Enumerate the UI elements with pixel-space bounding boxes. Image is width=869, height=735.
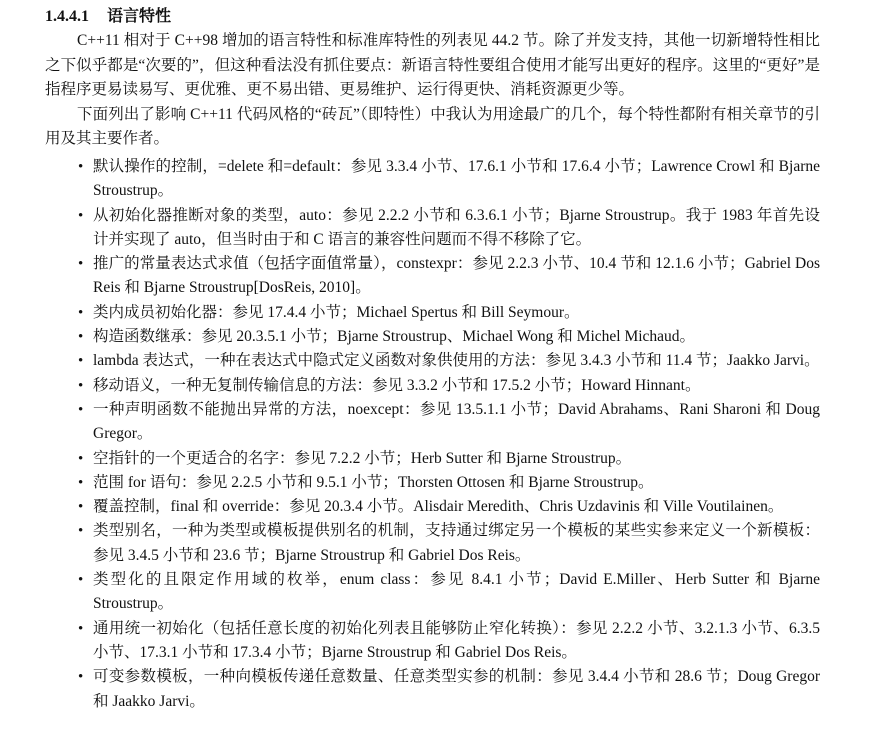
list-item-text: 推广的常量表达式求值（包括字面值常量），constexpr：参见 2.2.3 小…	[93, 255, 820, 296]
section-heading: 1.4.4.1语言特性	[45, 5, 820, 29]
list-item: •类内成员初始化器：参见 17.4.4 小节；Michael Spertus 和…	[45, 301, 820, 325]
list-item-text: 可变参数模板，一种向模板传递任意数量、任意类型实参的机制：参见 3.4.4 小节…	[93, 668, 820, 709]
list-item-text: 通用统一初始化（包括任意长度的初始化列表且能够防止窄化转换）：参见 2.2.2 …	[93, 620, 820, 661]
list-item-text: 范围 for 语句：参见 2.2.5 小节和 9.5.1 小节；Thorsten…	[93, 474, 654, 491]
list-item-text: 类型化的且限定作用域的枚举，enum class：参见 8.4.1 小节；Dav…	[93, 571, 820, 612]
list-item-text: 一种声明函数不能抛出异常的方法，noexcept：参见 13.5.1.1 小节；…	[93, 401, 820, 442]
bullet-icon: •	[78, 398, 83, 422]
list-item: •构造函数继承：参见 20.3.5.1 小节；Bjarne Stroustrup…	[45, 325, 820, 349]
list-item: •类型化的且限定作用域的枚举，enum class：参见 8.4.1 小节；Da…	[45, 568, 820, 617]
intro-paragraph: C++11 相对于 C++98 增加的语言特性和标准库特性的列表见 44.2 节…	[45, 29, 820, 103]
list-item: •推广的常量表达式求值（包括字面值常量），constexpr：参见 2.2.3 …	[45, 252, 820, 301]
list-item: •lambda 表达式，一种在表达式中隐式定义函数对象供使用的方法：参见 3.4…	[45, 349, 820, 373]
bullet-icon: •	[78, 155, 83, 179]
list-item-text: 类型别名，一种为类型或模板提供别名的机制，支持通过绑定另一个模板的某些实参来定义…	[93, 522, 820, 563]
list-item: •空指针的一个更适合的名字：参见 7.2.2 小节；Herb Sutter 和 …	[45, 447, 820, 471]
bullet-icon: •	[78, 495, 83, 519]
bullet-icon: •	[78, 325, 83, 349]
list-item-text: 构造函数继承：参见 20.3.5.1 小节；Bjarne Stroustrup、…	[93, 328, 695, 345]
list-intro-paragraph: 下面列出了影响 C++11 代码风格的“砖瓦”（即特性）中我认为用途最广的几个，…	[45, 103, 820, 152]
list-item: •移动语义，一种无复制传输信息的方法：参见 3.3.2 小节和 17.5.2 小…	[45, 374, 820, 398]
list-item-text: 类内成员初始化器：参见 17.4.4 小节；Michael Spertus 和 …	[93, 304, 580, 321]
list-item: •范围 for 语句：参见 2.2.5 小节和 9.5.1 小节；Thorste…	[45, 471, 820, 495]
list-item-text: lambda 表达式，一种在表达式中隐式定义函数对象供使用的方法：参见 3.4.…	[93, 352, 820, 369]
bullet-icon: •	[78, 519, 83, 543]
list-item: •默认操作的控制，=delete 和=default：参见 3.3.4 小节、1…	[45, 155, 820, 204]
list-item: •类型别名，一种为类型或模板提供别名的机制，支持通过绑定另一个模板的某些实参来定…	[45, 519, 820, 568]
bullet-icon: •	[78, 204, 83, 228]
bullet-icon: •	[78, 252, 83, 276]
bullet-icon: •	[78, 665, 83, 689]
bullet-icon: •	[78, 568, 83, 592]
feature-list: •默认操作的控制，=delete 和=default：参见 3.3.4 小节、1…	[45, 155, 820, 714]
list-item-text: 从初始化器推断对象的类型，auto：参见 2.2.2 小节和 6.3.6.1 小…	[93, 207, 820, 248]
list-item-text: 覆盖控制，final 和 override：参见 20.3.4 小节。Alisd…	[93, 498, 783, 515]
bullet-icon: •	[78, 301, 83, 325]
section-title: 语言特性	[107, 8, 171, 25]
list-item: •通用统一初始化（包括任意长度的初始化列表且能够防止窄化转换）：参见 2.2.2…	[45, 617, 820, 666]
bullet-icon: •	[78, 447, 83, 471]
list-item-text: 移动语义，一种无复制传输信息的方法：参见 3.3.2 小节和 17.5.2 小节…	[93, 377, 701, 394]
bullet-icon: •	[78, 617, 83, 641]
bullet-icon: •	[78, 349, 83, 373]
list-item: •覆盖控制，final 和 override：参见 20.3.4 小节。Alis…	[45, 495, 820, 519]
document-page: 1.4.4.1语言特性 C++11 相对于 C++98 增加的语言特性和标准库特…	[45, 5, 820, 714]
list-item-text: 默认操作的控制，=delete 和=default：参见 3.3.4 小节、17…	[93, 158, 820, 199]
list-item: •从初始化器推断对象的类型，auto：参见 2.2.2 小节和 6.3.6.1 …	[45, 204, 820, 253]
list-item: •可变参数模板，一种向模板传递任意数量、任意类型实参的机制：参见 3.4.4 小…	[45, 665, 820, 714]
list-item: •一种声明函数不能抛出异常的方法，noexcept：参见 13.5.1.1 小节…	[45, 398, 820, 447]
bullet-icon: •	[78, 471, 83, 495]
section-number: 1.4.4.1	[45, 5, 107, 29]
bullet-icon: •	[78, 374, 83, 398]
list-item-text: 空指针的一个更适合的名字：参见 7.2.2 小节；Herb Sutter 和 B…	[93, 450, 631, 467]
